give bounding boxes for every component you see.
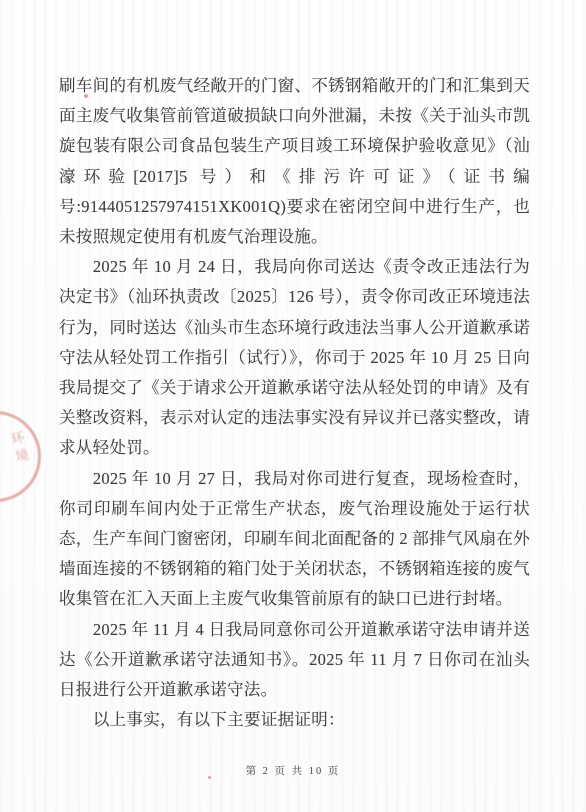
body-paragraph: 2025 年 10 月 27 日，我局对你司进行复查，现场检查时，你司印刷车间内… <box>59 464 530 615</box>
page-number-footer: 第 2 页 共 10 页 <box>0 763 586 778</box>
scan-noise-speck <box>208 776 211 779</box>
official-red-seal-fragment: 环境 <box>0 411 41 502</box>
body-paragraph: 2025 年 10 月 24 日，我局向你司送达《责令改正违法行为决定书》（汕环… <box>59 252 530 463</box>
body-paragraph: 以上事实，有以下主要证据证明： <box>59 705 530 735</box>
body-paragraph: 2025 年 11 月 4 日我局同意你司公开道歉承诺守法申请并送达《公开道歉承… <box>59 615 530 706</box>
scan-noise-speck <box>84 94 88 98</box>
body-paragraph-continuation: 刷车间的有机废气经敞开的门窗、不锈钢箱敞开的门和汇集到天面主废气收集管前管道破损… <box>59 71 530 252</box>
scanned-document-page: 环境 刷车间的有机废气经敞开的门窗、不锈钢箱敞开的门和汇集到天面主废气收集管前管… <box>0 0 586 812</box>
document-body: 刷车间的有机废气经敞开的门窗、不锈钢箱敞开的门和汇集到天面主废气收集管前管道破损… <box>59 71 530 735</box>
seal-glyphs: 环境 <box>6 429 33 469</box>
